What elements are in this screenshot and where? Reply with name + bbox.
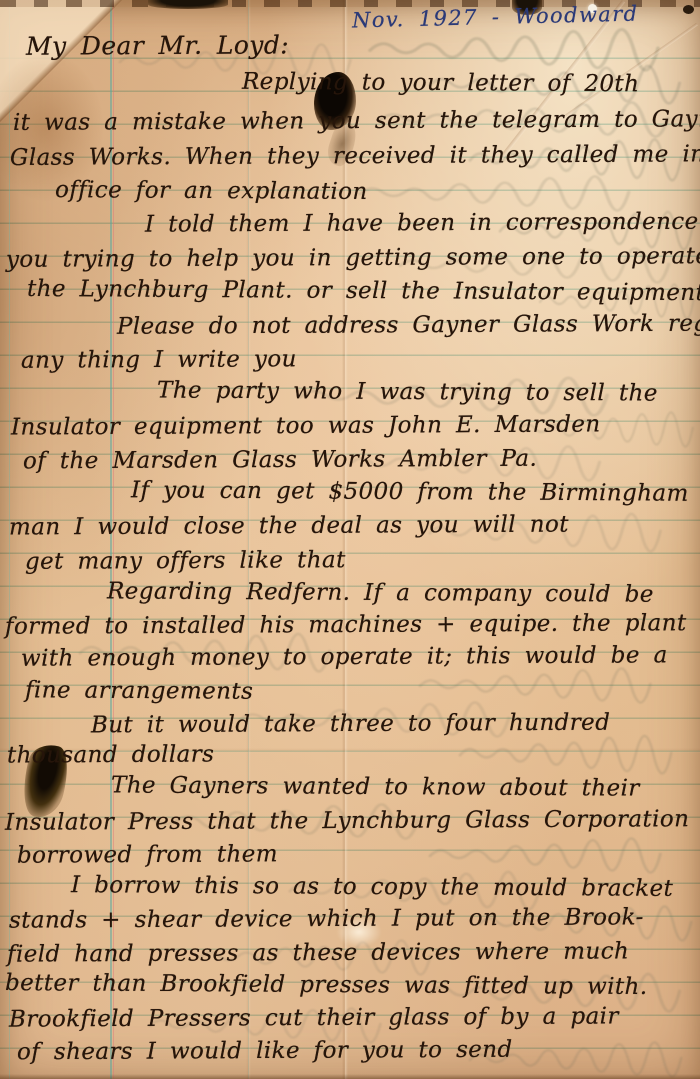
handwritten-line: office for an explanation (55, 177, 368, 205)
handwritten-line: fine arrangements (25, 677, 253, 704)
handwritten-line: Brookfield Pressers cut their glass of b… (9, 1003, 619, 1032)
torn-top-edge (0, 0, 700, 7)
handwritten-line: Replying to your letter of 20th (242, 69, 639, 97)
handwritten-text: Nov. 1927 - WoodwardMy Dear Mr. Loyd:Rep… (0, 0, 700, 1079)
wrinkle-highlight (336, 916, 382, 948)
margin-line-pink (113, 0, 114, 1079)
margin-line-left (9, 0, 10, 1079)
corner-crease-top-right (499, 0, 625, 160)
handwritten-line: I borrow this so as to copy the mould br… (71, 872, 673, 902)
handwritten-line: of shears I would like for you to send (17, 1037, 513, 1066)
handwritten-line: Insulator Press that the Lynchburg Glass… (5, 806, 689, 836)
folded-corner-crease (0, 0, 122, 122)
handwritten-line: of the Marsden Glass Works Ambler Pa. (23, 446, 537, 475)
handwritten-line: borrowed from them (17, 841, 278, 868)
letter-page: Nov. 1927 - WoodwardMy Dear Mr. Loyd:Rep… (0, 0, 700, 1079)
handwritten-line: But it would take three to four hundred (91, 710, 610, 739)
handwritten-line: any thing I write you (21, 346, 297, 373)
handwritten-line: man I would close the deal as you will n… (9, 512, 569, 541)
corner-crease-top-right-2 (565, 23, 698, 117)
handwritten-line: formed to installed his machines + equip… (5, 610, 687, 640)
handwritten-line: Insulator equipment too was John E. Mars… (11, 411, 601, 440)
vertical-fold-crease (342, 0, 348, 1079)
handwritten-line: I told them I have been in correspondenc… (145, 208, 700, 237)
horizontal-fold-crease (0, 748, 700, 753)
handwritten-line: with enough money to operate it; this wo… (21, 642, 668, 671)
handwritten-line: it was a mistake when you sent the teleg… (13, 106, 700, 136)
paper-artifacts (0, 0, 700, 1079)
handwritten-line: The Gayners wanted to know about their (111, 772, 640, 801)
ruled-lines (0, 26, 700, 1079)
ink-blot-tail (324, 119, 360, 168)
handwritten-line: Regarding Redfern. If a company could be (107, 578, 654, 607)
ink-blot-hole (314, 72, 356, 130)
margin-line-teal (110, 0, 112, 1079)
handwritten-line: the Lynchburg Plant. or sell the Insulat… (27, 276, 700, 306)
bottom-edge-shadow (0, 1074, 700, 1079)
margin-line-mid (248, 0, 249, 1079)
handwritten-line: better than Brookfield presses was fitte… (5, 970, 648, 1000)
handwritten-line: stands + shear device which I put on the… (9, 904, 644, 933)
handwritten-line: The party who I was trying to sell the (157, 377, 658, 406)
salutation: My Dear Mr. Loyd: (26, 32, 289, 59)
handwritten-line: get many offers like that (25, 547, 346, 575)
ink-smudge-left (16, 740, 75, 822)
handwritten-line: field hand presses as these devices wher… (7, 938, 629, 967)
handwritten-line: Please do not address Gayner Glass Work … (117, 310, 700, 340)
bleedthrough-ghost-writing (0, 0, 700, 1079)
stain-top-left (0, 52, 104, 202)
handwritten-line: If you can get $5000 from the Birmingham (131, 477, 689, 506)
